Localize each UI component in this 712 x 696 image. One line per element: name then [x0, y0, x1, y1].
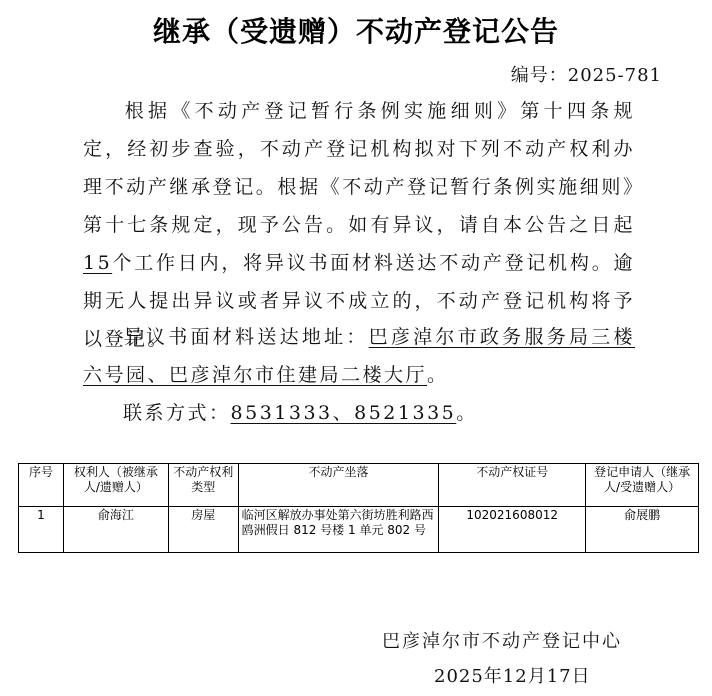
objection-address-paragraph: 异议书面材料送达地址：巴彦淖尔市政务服务局三楼六号园、巴彦淖尔市住建局二楼大厅。 — [83, 318, 635, 394]
contact-value: 8531333、8521335 — [231, 402, 457, 424]
property-table: 序号 权利人（被继承人/遗赠人） 不动产权利类型 不动产坐落 不动产权证号 登记… — [18, 463, 699, 553]
header-index: 序号 — [19, 464, 64, 507]
address-end: 。 — [427, 364, 449, 386]
contact-end: 。 — [456, 402, 478, 424]
address-label: 异议书面材料送达地址： — [123, 326, 369, 348]
notice-title: 继承（受遗赠）不动产登记公告 — [0, 10, 712, 50]
cell-right-holder: 俞海江 — [63, 507, 168, 553]
cell-applicant: 俞展鹏 — [586, 507, 699, 553]
cell-location: 临河区解放办事处第六街坊胜利路西鸥洲假日 812 号楼 1 单元 802 号 — [238, 507, 439, 553]
table-row: 1 俞海江 房屋 临河区解放办事处第六街坊胜利路西鸥洲假日 812 号楼 1 单… — [19, 507, 699, 553]
issue-date: 2025年12月17日 — [434, 662, 591, 688]
body-text-part-1: 根据《不动产登记暂行条例实施细则》第十四条规定，经初步查验，不动产登记机构拟对下… — [83, 100, 635, 236]
cell-certificate-no: 102021608012 — [439, 507, 586, 553]
header-location: 不动产坐落 — [238, 464, 439, 507]
header-applicant: 登记申请人（继承人/受遗赠人） — [586, 464, 699, 507]
objection-days: 15 — [83, 252, 112, 274]
cell-right-type: 房屋 — [168, 507, 238, 553]
document-number: 编号：2025-781 — [511, 61, 662, 87]
issuer-signature: 巴彦淖尔市不动产登记中心 — [382, 627, 622, 653]
header-right-holder: 权利人（被继承人/遗赠人） — [63, 464, 168, 507]
contact-label: 联系方式： — [123, 402, 231, 424]
contact-paragraph: 联系方式：8531333、8521335。 — [83, 394, 635, 432]
header-right-type: 不动产权利类型 — [168, 464, 238, 507]
header-certificate-no: 不动产权证号 — [439, 464, 586, 507]
table-header-row: 序号 权利人（被继承人/遗赠人） 不动产权利类型 不动产坐落 不动产权证号 登记… — [19, 464, 699, 507]
cell-index: 1 — [19, 507, 64, 553]
